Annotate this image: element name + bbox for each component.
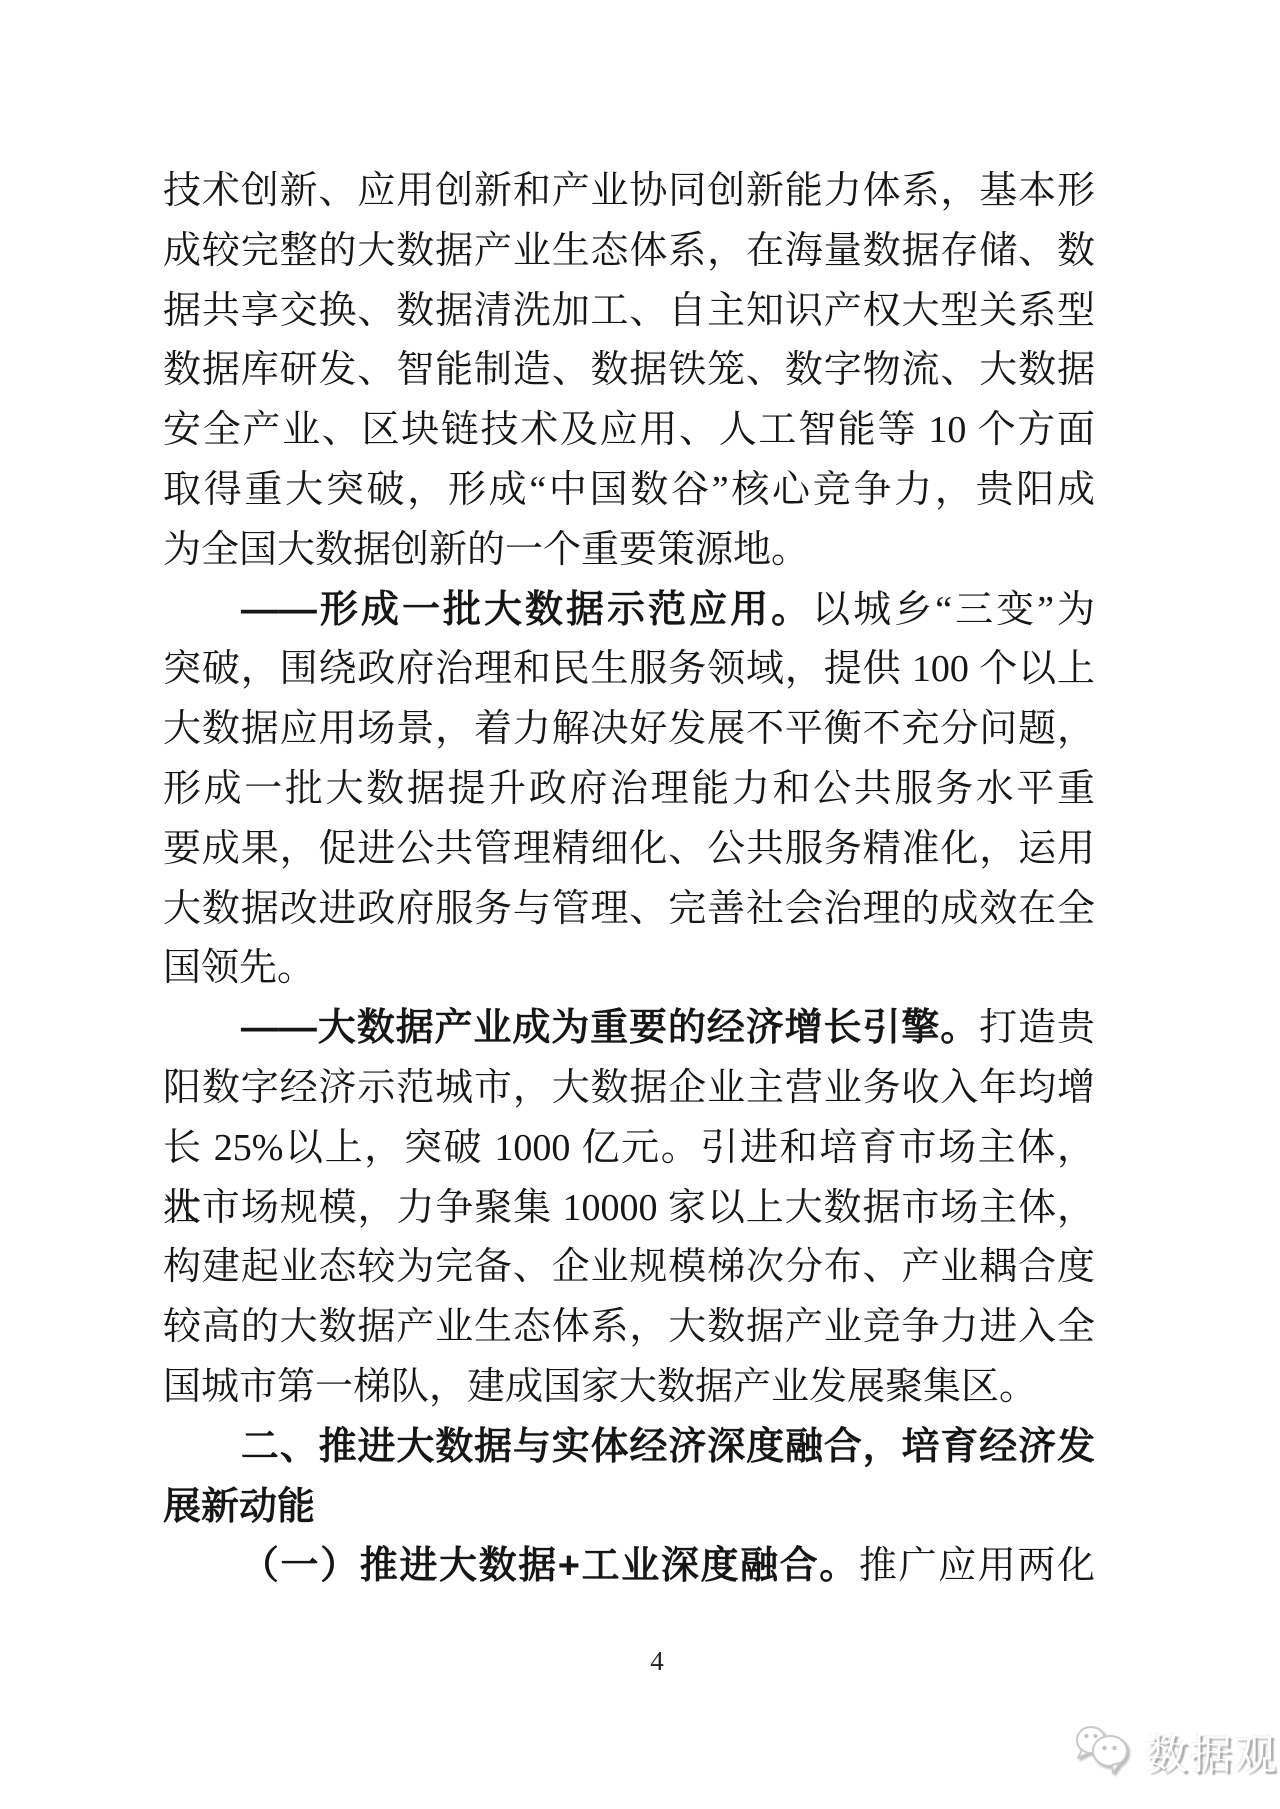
- text-line: 大数据改进政府服务与管理、完善社会治理的成效在全: [163, 880, 1095, 940]
- text-line: 大数据应用场景，着力解决好发展不平衡不充分问题，: [163, 700, 1095, 760]
- body-text: 家以上大数据市场主体，: [658, 1187, 1096, 1229]
- body-text: 以城乡“三变”为: [812, 589, 1095, 631]
- text-line: 要成果，促进公共管理精细化、公共服务精准化，运用: [163, 820, 1095, 880]
- body-text: 个以上: [969, 648, 1095, 690]
- numeral-text: 1000: [494, 1127, 570, 1169]
- text-line: 展新动能: [163, 1478, 1095, 1538]
- body-text: 以上，突破: [283, 1127, 494, 1169]
- text-line: ——形成一批大数据示范应用。以城乡“三变”为: [163, 581, 1095, 641]
- text-line: ——大数据产业成为重要的经济增长引擎。打造贵: [163, 999, 1095, 1059]
- body-text: 长: [163, 1127, 214, 1169]
- text-line: 较高的大数据产业生态体系，大数据产业竞争力进入全: [163, 1298, 1095, 1358]
- body-text: 要成果，促进公共管理精细化、公共服务精准化，运用: [163, 828, 1095, 870]
- text-line: 突破，围绕政府治理和民生服务领域，提供 100 个以上: [163, 640, 1095, 700]
- text-line: （一）推进大数据+工业深度融合。推广应用两化: [163, 1537, 1095, 1597]
- emphasis-text: ——大数据产业成为重要的经济增长引擎。: [241, 1007, 979, 1049]
- page-number: 4: [650, 1646, 664, 1677]
- body-text: 安全产业、区块链技术及应用、人工智能等: [163, 409, 928, 451]
- body-text: 形成一批大数据提升政府治理能力和公共服务水平重: [163, 768, 1095, 810]
- text-line: 技术创新、应用创新和产业协同创新能力体系，基本形: [163, 162, 1095, 222]
- body-text: 突破，围绕政府治理和民生服务领域，提供: [163, 648, 912, 690]
- body-text: 阳数字经济示范城市，大数据企业主营业务收入年均增: [163, 1067, 1095, 1109]
- body-text: 取得重大突破，形成“中国数谷”核心竞争力，贵阳成: [163, 469, 1095, 511]
- emphasis-text: 展新动能: [163, 1486, 315, 1528]
- numeral-text: 10: [928, 409, 966, 451]
- text-line: 国领先。: [163, 939, 1095, 999]
- page-container: 技术创新、应用创新和产业协同创新能力体系，基本形成较完整的大数据产业生态体系，在…: [0, 0, 1280, 1809]
- text-line: 安全产业、区块链技术及应用、人工智能等 10 个方面: [163, 401, 1095, 461]
- text-line: 大市场规模，力争聚集 10000 家以上大数据市场主体，: [163, 1179, 1095, 1239]
- text-line: 数据库研发、智能制造、数据铁笼、数字物流、大数据: [163, 341, 1095, 401]
- chat-bubbles-icon: [1072, 1724, 1136, 1781]
- text-line: 据共享交换、数据清洗加工、自主知识产权大型关系型: [163, 282, 1095, 342]
- watermark-label: 数据观: [1146, 1722, 1278, 1782]
- body-text: 大数据改进政府服务与管理、完善社会治理的成效在全: [163, 888, 1095, 930]
- body-text: 国城市第一梯队，建成国家大数据产业发展聚集区。: [163, 1366, 1037, 1408]
- text-line: 二、推进大数据与实体经济深度融合，培育经济发: [163, 1418, 1095, 1478]
- numeral-text: 100: [912, 648, 969, 690]
- text-line: 为全国大数据创新的一个重要策源地。: [163, 521, 1095, 581]
- body-text: 为全国大数据创新的一个重要策源地。: [163, 529, 809, 571]
- body-text: 较高的大数据产业生态体系，大数据产业竞争力进入全: [163, 1306, 1095, 1348]
- numeral-text: 10000: [563, 1187, 658, 1229]
- text-line: 取得重大突破，形成“中国数谷”核心竞争力，贵阳成: [163, 461, 1095, 521]
- text-line: 形成一批大数据提升政府治理能力和公共服务水平重: [163, 760, 1095, 820]
- body-text: 打造贵: [979, 1007, 1095, 1049]
- numeral-text: 25%: [214, 1127, 284, 1169]
- body-text: 个方面: [966, 409, 1095, 451]
- text-line: 国城市第一梯队，建成国家大数据产业发展聚集区。: [163, 1358, 1095, 1418]
- document-body: 技术创新、应用创新和产业协同创新能力体系，基本形成较完整的大数据产业生态体系，在…: [163, 162, 1095, 1597]
- emphasis-text: 二、推进大数据与实体经济深度融合，培育经济发: [241, 1426, 1095, 1468]
- body-text: 数据库研发、智能制造、数据铁笼、数字物流、大数据: [163, 349, 1095, 391]
- emphasis-text: （一）推进大数据+工业深度融合。: [241, 1545, 859, 1587]
- watermark: 数据观: [1072, 1722, 1278, 1782]
- body-text: 国领先。: [163, 947, 315, 989]
- body-text: 成较完整的大数据产业生态体系，在海量数据存储、数: [163, 230, 1095, 272]
- body-text: 据共享交换、数据清洗加工、自主知识产权大型关系型: [163, 290, 1095, 332]
- text-line: 构建起业态较为完备、企业规模梯次分布、产业耦合度: [163, 1238, 1095, 1298]
- body-text: 技术创新、应用创新和产业协同创新能力体系，基本形: [163, 170, 1095, 212]
- text-line: 阳数字经济示范城市，大数据企业主营业务收入年均增: [163, 1059, 1095, 1119]
- body-text: 大数据应用场景，着力解决好发展不平衡不充分问题，: [163, 708, 1095, 750]
- text-line: 成较完整的大数据产业生态体系，在海量数据存储、数: [163, 222, 1095, 282]
- emphasis-text: ——形成一批大数据示范应用。: [241, 589, 812, 631]
- body-text: 构建起业态较为完备、企业规模梯次分布、产业耦合度: [163, 1246, 1095, 1288]
- body-text: 推广应用两化: [859, 1545, 1095, 1587]
- text-line: 长 25%以上，突破 1000 亿元。引进和培育市场主体，壮: [163, 1119, 1095, 1179]
- body-text: 大市场规模，力争聚集: [163, 1187, 563, 1229]
